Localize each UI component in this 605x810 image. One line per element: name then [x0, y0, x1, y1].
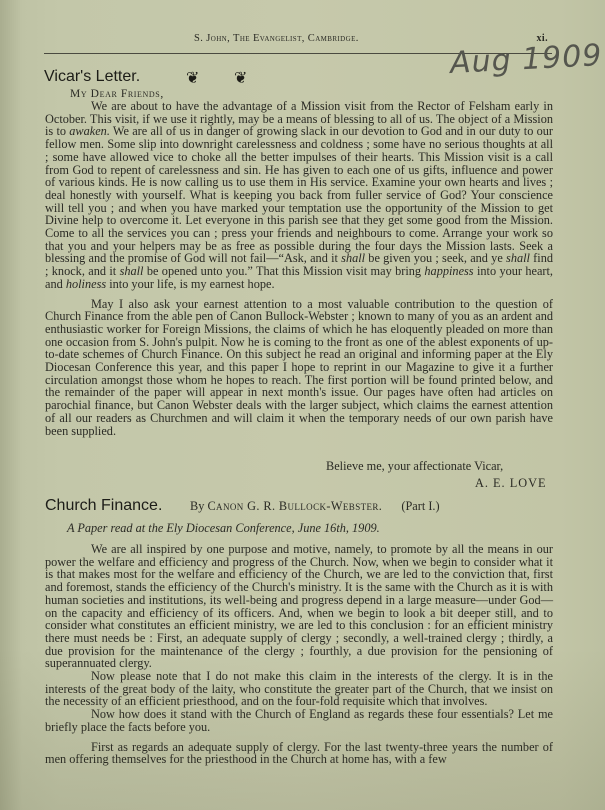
- paragraph: First as regards an adequate supply of c…: [45, 741, 553, 766]
- paragraph: We are all inspired by one purpose and m…: [45, 543, 553, 670]
- fleuron-ornament-icon: ❦: [186, 68, 199, 88]
- church-finance-heading: Church Finance.: [45, 497, 162, 515]
- paragraph: May I also ask your earnest attention to…: [45, 298, 553, 438]
- handwritten-date-annotation: Aug 1909: [449, 38, 603, 81]
- vicars-letter-heading: Vicar's Letter.: [44, 68, 140, 86]
- article-subtitle: A Paper read at the Ely Diocesan Confere…: [67, 521, 380, 536]
- running-head-title: S. John, The Evangelist, Cambridge.: [194, 33, 359, 44]
- author-name: Canon G. R. Bullock-Webster.: [207, 499, 382, 513]
- byline-prefix: By: [190, 499, 204, 513]
- signature: A. E. LOVE: [475, 476, 546, 491]
- document-page: S. John, The Evangelist, Cambridge. xi. …: [0, 0, 605, 810]
- part-label: (Part I.): [401, 499, 439, 513]
- vicars-letter-body: We are about to have the advantage of a …: [45, 100, 553, 437]
- paragraph: Now how does it stand with the Church of…: [45, 708, 553, 733]
- article-byline: By Canon G. R. Bullock-Webster. (Part I.…: [190, 499, 440, 514]
- church-finance-body: We are all inspired by one purpose and m…: [45, 543, 553, 766]
- fleuron-ornament-icon: ❦: [234, 68, 247, 88]
- closing-line: Believe me, your affectionate Vicar,: [326, 459, 503, 474]
- paragraph: Now please note that I do not make this …: [45, 670, 553, 708]
- paragraph: We are about to have the advantage of a …: [45, 100, 553, 291]
